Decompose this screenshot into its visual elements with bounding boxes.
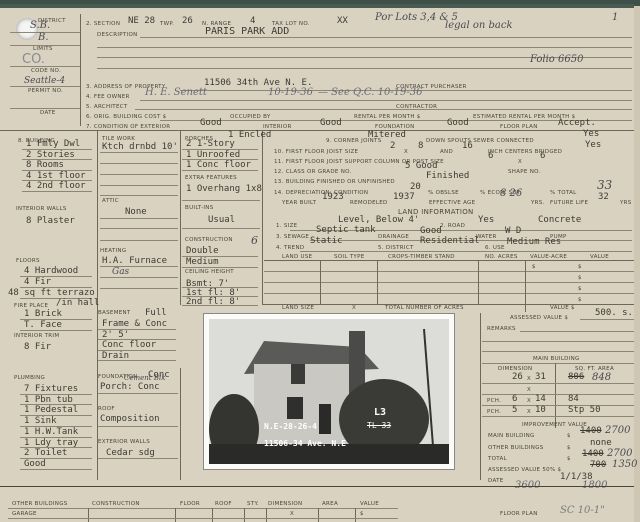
building-item: 4 2nd floor	[26, 181, 86, 191]
other-buildings-column: Roof	[215, 501, 232, 507]
obslse-label: % Obslse	[428, 190, 459, 196]
basement-label: Basement	[98, 310, 131, 316]
dimension-x: x	[527, 376, 531, 382]
assessed-new: 1350	[612, 459, 637, 470]
dollar-sign: $	[578, 275, 582, 281]
basement-item: Frame & Conc	[102, 319, 167, 329]
main-building-title: Main Building	[533, 356, 580, 362]
building-item: 8 Rooms	[26, 160, 64, 170]
dimension-x: x	[527, 398, 531, 404]
land-size-x: x	[352, 305, 356, 311]
dollar-sign: $	[567, 433, 571, 439]
interior-trim-label: Interior Trim	[14, 333, 59, 339]
dimension-x: x	[527, 409, 531, 415]
photo-lot-struck: TL 33	[367, 421, 391, 430]
foundation-value: Good	[447, 118, 469, 128]
extra-label: Extra Features	[185, 175, 237, 181]
photo-caption-1: N.E-28-26-4	[264, 422, 317, 431]
assessed-label: Assessed Value $	[510, 315, 568, 321]
roof-value: Composition	[100, 414, 160, 424]
builtins-value: Usual	[208, 215, 235, 225]
assessed-old: 700	[590, 460, 606, 470]
sqft-area: 84	[568, 394, 579, 404]
fireplace-item: 1 Brick	[24, 309, 62, 319]
porch-item: 1 Encled	[228, 130, 271, 140]
building-item: 4 1st floor	[26, 171, 86, 181]
code-label: Code No.	[31, 68, 61, 74]
floor-plan-value: SC 10-1"	[560, 505, 605, 516]
value-label: Value $	[550, 305, 575, 311]
plumbing-item: 1 Ldy tray	[24, 438, 78, 448]
ceiling-label: Ceiling Height	[185, 269, 234, 275]
total-value: 33	[597, 178, 612, 192]
dimension-a: 5	[512, 405, 517, 415]
date-label: Date	[40, 110, 56, 116]
fireplace-note: /in hall	[56, 298, 99, 308]
plumbing-item: 2 Toilet	[24, 448, 67, 458]
fee-owner-label: 4. Fee Owner	[86, 94, 130, 100]
interior-walls-label: Interior Walls	[16, 206, 67, 212]
post-a: 6	[488, 151, 493, 161]
code-value: Seattle-4	[24, 76, 65, 86]
plumbing-item: 1 Pedestal	[24, 405, 78, 415]
total-new: 2700	[607, 448, 632, 459]
land-size-label: Land Size	[282, 305, 314, 311]
permit-label: Permit No.	[28, 88, 63, 94]
remodeled-label: Remodeled	[350, 200, 388, 206]
section-value: NE 28	[128, 16, 155, 26]
construction-item: Double	[186, 246, 219, 256]
downspouts-value: Yes	[583, 129, 599, 139]
dollar-sign: $	[578, 297, 582, 303]
taxlot-value: XX	[337, 16, 348, 26]
plumbing-item: Good	[24, 459, 46, 469]
district2-value: Residential	[420, 236, 480, 246]
total-old: 1400	[582, 449, 604, 459]
other-buildings-column: Construction	[92, 501, 140, 507]
sewage-label: 3. Sewage	[276, 234, 309, 240]
eff-age-value: 8 26	[500, 188, 522, 199]
water-value: W D	[505, 226, 521, 236]
main-old: 1400	[580, 426, 602, 436]
shape-label: Shape No.	[508, 169, 541, 175]
description-label: Description	[97, 32, 138, 38]
tile-value: Ktch drnbd 10'	[102, 142, 178, 152]
twp-value: 26	[182, 16, 193, 26]
sewage-value: Septic tank	[316, 225, 376, 235]
future-value: 32	[598, 192, 609, 202]
finished-value: Finished	[426, 171, 469, 181]
description-value: PARIS PARK ADD	[205, 26, 289, 37]
floor-item: 4 Hardwood	[24, 266, 78, 276]
plumbing-item: 1 H.W.Tank	[24, 427, 78, 437]
future-yrs: Yrs	[620, 200, 632, 206]
architect-label: 5. Architect	[86, 104, 128, 110]
limits-value: CO.	[22, 52, 45, 67]
basement-value: Full	[145, 308, 167, 318]
dimension-b: 14	[535, 394, 546, 404]
photo-lot: L3	[374, 407, 386, 418]
porch-item: 1 Conc floor	[186, 160, 251, 170]
dimension-b: 31	[535, 372, 546, 382]
twp-label: Twp.	[160, 21, 174, 27]
dollar-sign: $	[567, 445, 571, 451]
corner-value: Mitered	[368, 130, 406, 140]
porch-item: 1 Unroofed	[186, 150, 240, 160]
other-buildings-cell: $	[360, 511, 364, 517]
attic-value: None	[125, 207, 147, 217]
date2-label: Date	[488, 478, 504, 484]
ext-walls-value: Cedar sdg	[106, 448, 155, 458]
trend-value: Static	[310, 236, 343, 246]
dimension-a: 6	[512, 394, 517, 404]
road-type: Concrete	[538, 215, 581, 225]
card-number: 1	[612, 12, 618, 23]
sqft-area-hand: 848	[592, 372, 611, 383]
heating-hand: Gas	[112, 267, 129, 277]
dollar-sign: $	[567, 456, 571, 462]
property-photo: N.E-28-26-4 11506-34 Ave. N.E L3 TL 33	[203, 313, 455, 470]
other-label: Other Buildings	[488, 445, 544, 451]
assessed50-label: Assessed Value 50% $	[488, 467, 561, 473]
cond-ext-value: Good	[200, 118, 222, 128]
plumbing-label: Plumbing	[14, 375, 45, 381]
fee-owner-date: 10-19-36	[268, 87, 313, 98]
porch-item: 2 1-Story	[186, 139, 235, 149]
post-x: x	[518, 159, 522, 165]
photo-caption-2: 11506-34 Ave. N.E	[264, 439, 346, 448]
legal-note: legal on back	[445, 20, 513, 31]
dimension-a: 26	[512, 372, 523, 382]
other-buildings-column: Floor	[180, 501, 200, 507]
joist-and: And	[440, 149, 453, 155]
dimension-x: x	[527, 387, 531, 393]
basement-item: 2' 5'	[102, 330, 129, 340]
roof-label: Roof	[98, 406, 115, 412]
building-item: 1 Fmly Dwl	[26, 139, 80, 149]
main-new: 2700	[605, 425, 630, 436]
plumbing-item: 1 Sink	[24, 416, 57, 426]
other-buildings-cell: x	[290, 511, 294, 517]
dep-cond: 20	[410, 182, 421, 192]
dimension-b: 10	[535, 405, 546, 415]
finished-label: 13. Building Finished or Unfinished	[274, 179, 395, 185]
road-label: 2. Road	[440, 223, 465, 229]
dollar-sign: $	[578, 286, 582, 292]
interior-value: Good	[320, 118, 342, 128]
floors-label: Floors	[16, 258, 40, 264]
use-value: Medium Res	[507, 237, 561, 247]
plumbing-item: 7 Fixtures	[24, 384, 78, 394]
downspouts-label: Down Spouts Sewer Connected	[426, 138, 534, 144]
drainage-value: Good	[420, 226, 442, 236]
year-value: 1923	[322, 192, 344, 202]
fee-owner-value: H. E. Senett	[145, 87, 207, 98]
other-buildings-column: Area	[322, 501, 338, 507]
floorplan-value: Accept.	[558, 118, 596, 128]
class-value: 5 Good	[405, 161, 438, 171]
fee-owner-note: — See Q.C. 10-19-36	[318, 87, 423, 98]
foundation-porch: Porch: Conc	[100, 382, 160, 392]
eff-age-label: Effective Age	[429, 200, 475, 206]
dollar-sign: $	[578, 264, 582, 270]
future-label: Future Life	[550, 200, 588, 206]
bridged-value: Yes	[585, 140, 601, 150]
assessed-value: 500. s.	[595, 308, 633, 318]
joist-x: x	[404, 149, 408, 155]
joist-c: 16	[462, 141, 473, 151]
heating-value: H.A. Furnace	[102, 256, 167, 266]
b-value: B.	[38, 32, 49, 43]
improvement-title: Improvement Value	[522, 422, 587, 428]
bridged-label: Inch Centers Bridged	[488, 149, 562, 155]
fireplace-item: T. Face	[24, 320, 62, 330]
sqft-area: Stp 50	[568, 405, 601, 415]
cost-label: 6. Orig. Building Cost $	[86, 114, 166, 120]
district-value: S.B.	[30, 20, 50, 31]
floor-plan-label: Floor Plan	[500, 511, 538, 517]
other-value: none	[590, 438, 612, 448]
dollar-sign: $	[532, 264, 536, 270]
joist-b: 8	[418, 141, 423, 151]
porch-prefix: Pch.	[487, 409, 501, 415]
remodeled-value: 1937	[393, 192, 415, 202]
extra-value: 1 Overhang 1x8	[186, 184, 262, 194]
joist-label: 10. First Floor Joist Size	[274, 149, 358, 155]
other-buildings-column: Value	[360, 501, 379, 507]
year-label: Year Built	[282, 200, 316, 206]
sqft-area: 806	[568, 372, 584, 382]
range-value: 4	[250, 16, 255, 26]
post-b: 6	[540, 151, 545, 161]
property-record-card: District S.B. B. Limits CO. Code No. Sea…	[0, 4, 634, 522]
main-val-label: Main Building	[488, 433, 535, 439]
construction-hand: 6	[251, 234, 258, 247]
remarks-label: Remarks	[487, 326, 516, 332]
size-value: Level, Below 4'	[338, 215, 419, 225]
other-buildings-column: Other Buildings	[12, 501, 68, 507]
floor-item: 48 sq ft terrazo	[8, 288, 95, 298]
plumbing-item: 1 Pbn tub	[24, 395, 73, 405]
size-label: 1. Size	[276, 223, 297, 229]
builtins-label: Built-ins	[185, 205, 214, 211]
interior-walls-value: 8 Plaster	[26, 216, 75, 226]
folio: Folio 6650	[530, 54, 583, 65]
foundation-hand: Cement Blk	[124, 374, 165, 382]
other-buildings-column: Sty.	[247, 501, 259, 507]
floor-item: 4 Fir	[24, 277, 51, 287]
joist-a: 2	[390, 141, 395, 151]
porch-prefix: Pch.	[487, 398, 501, 404]
construction-label: Construction	[185, 237, 233, 243]
attic-label: Attic	[102, 198, 119, 204]
class-label: 12. Class or Grade No.	[274, 169, 352, 175]
road-value: Yes	[478, 215, 494, 225]
heating-label: Heating	[100, 248, 126, 254]
total-val-label: Total	[488, 456, 507, 462]
section-label: 2. Section	[86, 21, 120, 27]
total-acres-label: Total Number of Acres	[385, 305, 464, 311]
basement-item: Conc floor	[102, 340, 156, 350]
yrs-label: Yrs.	[531, 200, 545, 206]
building-item: 2 Stories	[26, 150, 75, 160]
basement-item: Drain	[102, 351, 129, 361]
interior-trim-value: 8 Fir	[24, 342, 51, 352]
construction-item: Medium	[186, 257, 219, 267]
total-label: % Total	[550, 190, 577, 196]
other-buildings-cell: Garage	[12, 511, 37, 517]
ext-walls-label: Exterior Walls	[98, 439, 150, 445]
other-buildings-column: Dimension	[268, 501, 302, 507]
